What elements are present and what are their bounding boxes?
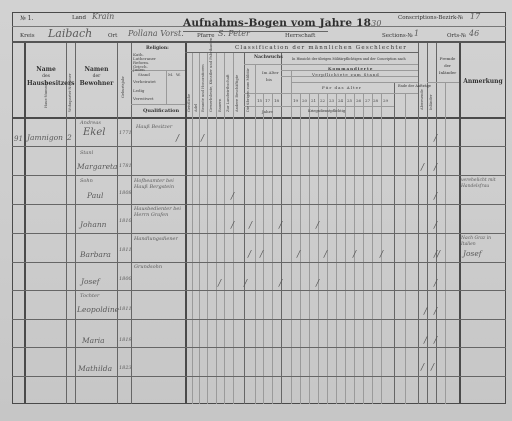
conscription-value: 17 (470, 12, 480, 21)
col-line (207, 52, 208, 404)
resident-name: Margareta (77, 162, 118, 171)
tally-mark: / (218, 279, 221, 289)
col-line (336, 93, 337, 404)
house-number: 91 (14, 135, 23, 143)
tally-mark: / (201, 134, 204, 144)
tally-mark: / (421, 363, 424, 373)
qualification: Hausbedienter bei Herrn Grafen (134, 206, 184, 218)
tally-mark: / (231, 192, 234, 202)
tally-mark: / (434, 336, 437, 346)
orts-value: 46 (469, 29, 479, 38)
col-line (263, 93, 264, 404)
class-vertical-header: Adel (194, 104, 198, 112)
tally-mark: / (424, 336, 427, 346)
stand-rule (131, 104, 185, 105)
ort-label: Ort (108, 33, 117, 39)
resident-name: Leopoldine (77, 305, 119, 314)
tally-mark: / (279, 279, 282, 289)
tally-mark: / (279, 221, 282, 231)
class-vertical-header: Gewerbsleute, Künstler und Fabrikanten (209, 38, 213, 112)
remark: verehelicht mit Handelsfrau (461, 178, 505, 190)
col-line (459, 43, 461, 404)
stand-title: Stand (138, 72, 150, 77)
tally-mark: / (434, 134, 437, 144)
age-label: 25 (347, 98, 352, 103)
verpflichtete-label: Verpflichtete zum Stand (312, 72, 379, 77)
col-line (224, 52, 225, 404)
inlaender-header: Inländer (429, 95, 433, 111)
sections-value: 1 (414, 29, 419, 38)
qualification: Handlungsdiener (134, 236, 178, 242)
tally-mark: / (431, 363, 434, 373)
tally-mark: / (176, 134, 179, 144)
land-value: Krain (92, 12, 114, 21)
row-divider (12, 319, 506, 320)
tally-mark: / (231, 221, 234, 231)
qualification: Grundsohn (134, 264, 162, 270)
resident-first-line: Sohn (80, 178, 93, 184)
pfarre-value: S. Peter (218, 29, 250, 38)
kriegsdienst-label: Kriegsdienstpflichtig (308, 109, 345, 113)
col-line (363, 93, 364, 404)
stand-row: Verwitwet (133, 96, 154, 101)
herrschaft-label: Herrschaft (285, 33, 315, 39)
fremde-header: Fremde der Inländer (436, 55, 459, 76)
birth-year: 1819 (119, 337, 132, 343)
col-line (216, 52, 217, 404)
orts-label: Orts-№ (447, 33, 466, 39)
abwesende-header: Abwesende (420, 89, 424, 110)
resident-name: Josef (81, 277, 100, 286)
class-vertical-header: Zur Landwirthschaft (226, 74, 230, 112)
col-line (291, 70, 292, 404)
class-vertical-header: Geistliche (187, 94, 191, 112)
tally-mark: / (434, 163, 437, 173)
religion-title: Religion: (146, 46, 169, 51)
stand-row: Ledig (133, 88, 144, 93)
row-divider (12, 347, 506, 348)
col-line (244, 52, 245, 404)
resident-name: Mathilda (78, 364, 112, 373)
birth-year: 1810 (119, 218, 132, 224)
age-label: 21 (311, 98, 316, 103)
age-label: 28 (373, 98, 378, 103)
col-line (381, 93, 382, 404)
qualification-header: Qualification (143, 108, 179, 114)
tally-mark: // (434, 250, 440, 260)
col-line (300, 93, 301, 404)
age-label: 27 (365, 98, 370, 103)
qualification: Hofbeamter bei Hauß Bergstein (134, 178, 184, 190)
row-divider (12, 204, 506, 205)
resident-name: Maria (82, 336, 105, 345)
age-label: 24 (338, 98, 343, 103)
resident-name: Ekel (83, 127, 105, 138)
nachwuchs-header: Nachwuchs (254, 55, 283, 60)
col-line (318, 93, 319, 404)
tally-mark: / (244, 279, 247, 289)
tally-mark: / (324, 250, 327, 260)
age-label: 23 (329, 98, 334, 103)
stand-w: W. (176, 72, 181, 77)
col-line (372, 93, 373, 404)
col-line (117, 43, 118, 404)
sub-rule (244, 64, 418, 65)
tally-mark: / (249, 221, 252, 231)
stand-line (166, 70, 167, 104)
col-line (192, 52, 193, 404)
owner-name: Jamnigon (27, 133, 63, 142)
class-vertical-header: Beamte und Honoratioren (201, 64, 205, 112)
age-label: 20 (302, 98, 307, 103)
age-label: 22 (320, 98, 325, 103)
remark-signature: Josef (463, 249, 482, 258)
col-line (75, 43, 76, 404)
tally-mark: / (434, 192, 437, 202)
row-divider (12, 376, 506, 377)
birth-year: 1823 (119, 365, 132, 371)
col-line (354, 93, 355, 404)
birth-year: 1811 (119, 247, 132, 253)
age-label: 26 (356, 98, 361, 103)
resident-first-line: Andreas (80, 120, 101, 126)
anmerkung-header: Anmerkung (460, 78, 506, 85)
row-divider (12, 233, 506, 234)
class-vertical-header: Bauern (218, 99, 222, 112)
owner-header: Name des Hausbesitzers (27, 66, 65, 87)
land-label: Land (72, 15, 86, 21)
geburtsjahr-header: Geburtsjahr (121, 76, 125, 98)
im-alter-label: Im Alter (262, 70, 279, 75)
ende-auftrag-label: Ende der Aufträge (398, 84, 431, 88)
col-line (345, 93, 346, 404)
tally-mark: / (248, 250, 251, 260)
col-line (445, 82, 446, 404)
bis-label: bis (266, 77, 272, 82)
jahre-label: Jahre (262, 109, 273, 114)
census-form-sheet: № 1. Land Krain Aufnahms-Bogen vom Jahre… (0, 0, 512, 421)
class-vertical-header: Andere Beschäftigte (235, 75, 239, 112)
tally-mark: / (353, 250, 356, 260)
residents-header: Namen der Bewohner (77, 66, 116, 87)
remark: Nach Graz in Italien (461, 236, 505, 248)
row-divider (12, 146, 506, 147)
tally-mark: / (434, 279, 437, 289)
tally-mark: / (424, 307, 427, 317)
tally-mark: / (434, 307, 437, 317)
ort-value: Pollana Vorst. (128, 29, 184, 38)
tally-mark: / (316, 221, 319, 231)
age-label: 17 (265, 98, 270, 103)
kommandierte-label: Kommandierte (328, 66, 373, 71)
classification-title: Classification der männlichen Geschlecht… (235, 45, 407, 51)
sub-rule (244, 93, 418, 94)
classification-rule (185, 52, 418, 53)
birth-year: 1811 (119, 306, 132, 312)
stand-m: M. (168, 72, 173, 77)
sections-label: Sections-№ (382, 33, 413, 39)
row-divider (12, 290, 506, 291)
form-number-label: № 1. (20, 15, 33, 22)
class-vertical-header: Die übrigen zum Militär (246, 68, 250, 112)
sub-rule (244, 106, 394, 107)
kreis-label: Kreis (20, 33, 35, 39)
row-divider (12, 175, 506, 176)
age-label: 19 (293, 98, 298, 103)
birth-year: 1808 (119, 190, 132, 196)
tally-mark: / (316, 279, 319, 289)
col-line (418, 43, 419, 404)
tally-mark: / (434, 221, 437, 231)
col-line (199, 52, 200, 404)
resident-first-line: Stanl (80, 150, 93, 156)
col-line (24, 43, 26, 404)
age-label: 18 (274, 98, 279, 103)
tally-mark: / (297, 250, 300, 260)
wohnpartei-header: Wohnpartei-Nummer (68, 74, 72, 112)
fuer-das-alter-label: Für das Alter (322, 85, 362, 90)
col-line (405, 93, 406, 404)
col-line (427, 43, 428, 404)
kreis-value: Laibach (48, 27, 92, 40)
tally-mark: / (421, 163, 424, 173)
col-line (272, 93, 273, 404)
row-divider (12, 262, 506, 263)
conscription-label: Conscriptions-Bezirk-№ (398, 15, 463, 21)
resident-name: Paul (87, 191, 103, 200)
sub-rule (427, 82, 459, 83)
col-line (394, 82, 395, 404)
party-number: 2 (67, 133, 72, 142)
resident-name: Barbara (80, 250, 111, 259)
birth-year: 1800 (119, 276, 132, 282)
col-line (309, 93, 310, 404)
birth-year: 1771 (119, 130, 132, 136)
sub-rule (291, 82, 418, 83)
in-ruecksicht-label: In Hinsicht der übrigen Militärpflichtig… (292, 57, 406, 61)
resident-name: Johann (80, 220, 106, 229)
age-label: 15 (257, 98, 262, 103)
col-line (66, 43, 67, 404)
resident-first-line: Tochter (80, 293, 99, 299)
birth-year: 1781 (119, 163, 132, 169)
col-line (327, 93, 328, 404)
stand-row: Verheiratet (133, 79, 156, 84)
tally-mark: / (260, 250, 263, 260)
tally-mark: / (380, 250, 383, 260)
qualification: Hauß Besitzer (136, 124, 172, 130)
age-label: 29 (383, 98, 388, 103)
header-bottom-rule (12, 117, 506, 119)
col-line (255, 64, 256, 404)
